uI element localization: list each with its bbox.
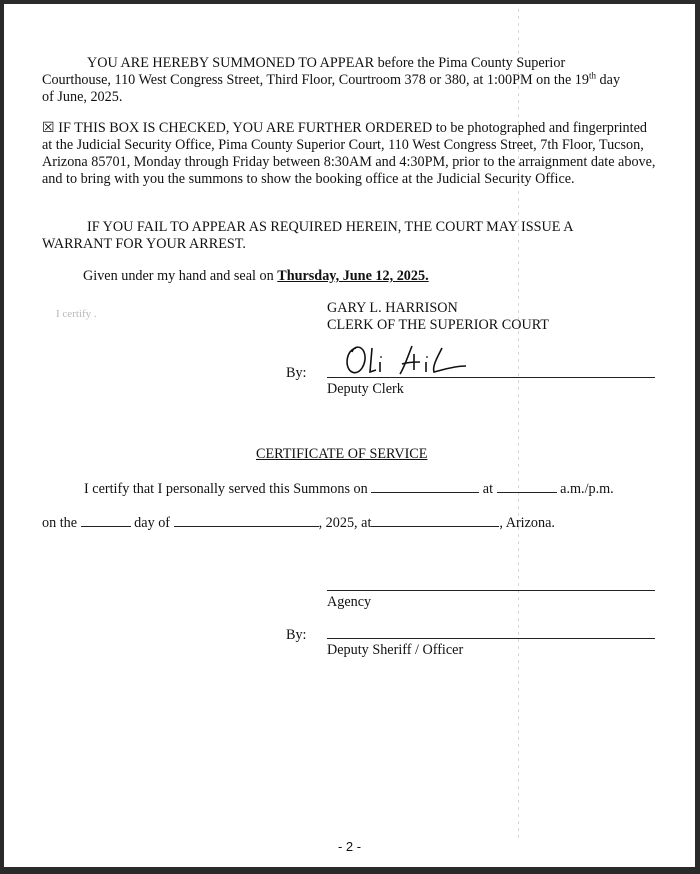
agency-line[interactable] bbox=[327, 590, 655, 591]
ampm-label: a.m./p.m. bbox=[560, 481, 614, 497]
document-page: I certify . YOU ARE HEREBY SUMMONED TO A… bbox=[4, 4, 695, 867]
certificate-heading: CERTIFICATE OF SERVICE bbox=[256, 446, 427, 463]
fingerprint-order-text: IF THIS BOX IS CHECKED, YOU ARE FURTHER … bbox=[42, 120, 655, 187]
day-of-label: day of bbox=[134, 515, 170, 531]
ordinal-suffix: th bbox=[589, 70, 596, 80]
at-label: at bbox=[483, 481, 493, 497]
service-date-field[interactable] bbox=[371, 480, 479, 493]
service-month-field[interactable] bbox=[174, 514, 319, 527]
certificate-line-1: I certify that I personally served this … bbox=[84, 480, 614, 498]
year-label: , 2025, at bbox=[319, 515, 372, 531]
warning-line-2: WARRANT FOR YOUR ARREST. bbox=[42, 236, 246, 253]
officer-signature-line[interactable] bbox=[327, 638, 655, 639]
issue-date: Thursday, June 12, 2025. bbox=[277, 268, 428, 284]
state-label: , Arizona. bbox=[499, 515, 555, 531]
service-day-field[interactable] bbox=[81, 514, 131, 527]
on-the-label: on the bbox=[42, 515, 77, 531]
summons-line-3: of June, 2025. bbox=[42, 89, 122, 106]
officer-by-label: By: bbox=[286, 627, 307, 644]
agency-label: Agency bbox=[327, 594, 371, 611]
checked-box-icon[interactable]: ☒ bbox=[42, 120, 55, 136]
officer-label: Deputy Sheriff / Officer bbox=[327, 642, 463, 659]
clerk-signature-line bbox=[327, 377, 655, 378]
summons-line-2-text: Courthouse, 110 West Congress Street, Th… bbox=[42, 72, 589, 88]
clerk-name: GARY L. HARRISON bbox=[327, 300, 458, 317]
bleed-through-text: I certify . bbox=[56, 306, 97, 323]
clerk-title: CLERK OF THE SUPERIOR COURT bbox=[327, 317, 549, 334]
clerk-by-label: By: bbox=[286, 365, 307, 382]
certificate-line-2: on the day of , 2025, at, Arizona. bbox=[42, 514, 555, 532]
fingerprint-order-paragraph: ☒ IF THIS BOX IS CHECKED, YOU ARE FURTHE… bbox=[42, 120, 660, 188]
warning-line-1: IF YOU FAIL TO APPEAR AS REQUIRED HEREIN… bbox=[87, 219, 573, 236]
certify-text: I certify that I personally served this … bbox=[84, 481, 368, 497]
summons-line-2-end: day bbox=[596, 72, 620, 88]
page-number: - 2 - bbox=[4, 838, 695, 855]
summons-line-2: Courthouse, 110 West Congress Street, Th… bbox=[42, 72, 620, 89]
deputy-clerk-signature bbox=[342, 340, 482, 380]
given-text: Given under my hand and seal on bbox=[83, 268, 277, 284]
given-under-seal: Given under my hand and seal on Thursday… bbox=[83, 268, 429, 285]
deputy-clerk-label: Deputy Clerk bbox=[327, 381, 404, 398]
service-city-field[interactable] bbox=[371, 514, 499, 527]
service-time-field[interactable] bbox=[497, 480, 557, 493]
summons-line-1: YOU ARE HEREBY SUMMONED TO APPEAR before… bbox=[87, 55, 565, 72]
